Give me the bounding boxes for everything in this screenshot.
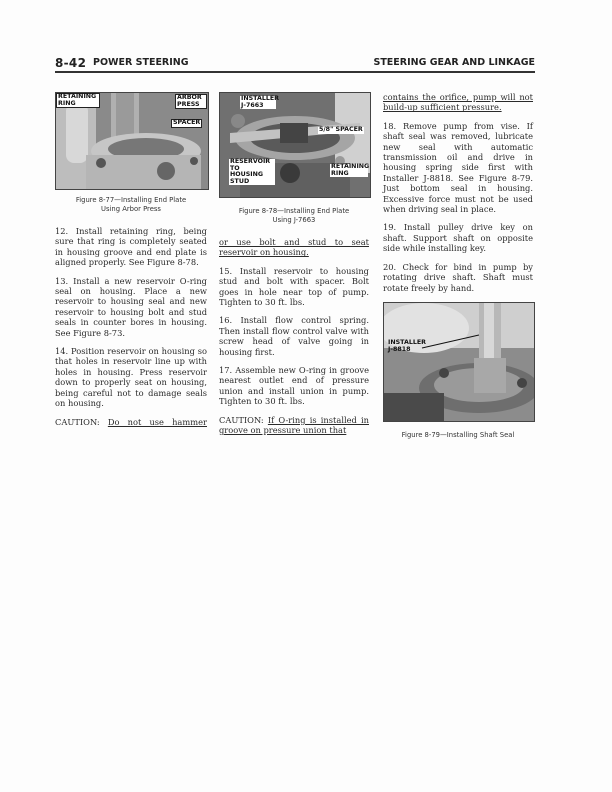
- installer-j8818-photo: [384, 303, 534, 421]
- figure-8-79-photo: INSTALLER J-8818: [383, 302, 535, 422]
- caution-1: CAUTION: Do not use hammer: [55, 417, 207, 427]
- middle-column: or use bolt and stud to seat reservoir o…: [219, 237, 369, 444]
- label-retaining-ring: RETAINING RING: [330, 164, 368, 177]
- chapter-title: STEERING GEAR AND LINKAGE: [373, 57, 535, 68]
- caution-2-continued: contains the orifice, pump will not buil…: [383, 92, 533, 113]
- step-19: 19. Install pulley drive key on shaft. S…: [383, 222, 533, 253]
- page-header: 8-42 POWER STEERING STEERING GEAR AND LI…: [55, 56, 535, 70]
- figure-8-78-caption: Figure 8-78—Installing End Plate Using J…: [219, 207, 369, 225]
- caution-text: Do not use hammer: [108, 417, 207, 427]
- label-installer-j8818: INSTALLER J-8818: [387, 340, 423, 353]
- step-13: 13. Install a new reservoir O-ring seal …: [55, 276, 207, 338]
- caution-2: CAUTION: If O-ring is installed in groov…: [219, 415, 369, 436]
- page-number: 8-42: [55, 56, 86, 70]
- caution-label: CAUTION:: [219, 415, 264, 425]
- label-arbor-press: ARBOR PRESS: [175, 94, 207, 109]
- caution-1-continued: or use bolt and stud to seat reservoir o…: [219, 237, 369, 258]
- label-spacer-5-8: 5/8" SPACER: [318, 127, 364, 134]
- step-12: 12. Install retaining ring, being sure t…: [55, 226, 207, 268]
- header-divider: [55, 71, 535, 73]
- step-17: 17. Assemble new O-ring in groove neares…: [219, 365, 369, 407]
- figure-8-77-photo: RETAINING RING ARBOR PRESS SPACER: [55, 92, 209, 190]
- step-15: 15. Install reservoir to housing stud an…: [219, 266, 369, 308]
- caution-label: CAUTION:: [55, 417, 100, 427]
- figure-8-77-caption: Figure 8-77—Installing End Plate Using A…: [55, 196, 207, 214]
- figure-8-79-caption: Figure 8-79—Installing Shaft Seal: [383, 431, 533, 440]
- label-reservoir-to-housing-stud: RESERVOIR TO HOUSING STUD: [229, 159, 275, 185]
- left-column: 12. Install retaining ring, being sure t…: [55, 226, 207, 435]
- right-column: contains the orifice, pump will not buil…: [383, 92, 533, 301]
- step-18: 18. Remove pump from vise. If shaft seal…: [383, 121, 533, 215]
- label-spacer: SPACER: [171, 119, 202, 128]
- step-14: 14. Position reservoir on housing so tha…: [55, 346, 207, 408]
- figure-8-78-photo: INSTALLER J-7663 5/8" SPACER RESERVOIR T…: [219, 92, 371, 198]
- label-retaining-ring: RETAINING RING: [56, 93, 100, 108]
- step-16: 16. Install flow control spring. Then in…: [219, 315, 369, 357]
- step-20: 20. Check for bind in pump by rotating d…: [383, 262, 533, 293]
- label-installer-j7663: INSTALLER J-7663: [240, 96, 276, 109]
- section-title: POWER STEERING: [93, 57, 189, 68]
